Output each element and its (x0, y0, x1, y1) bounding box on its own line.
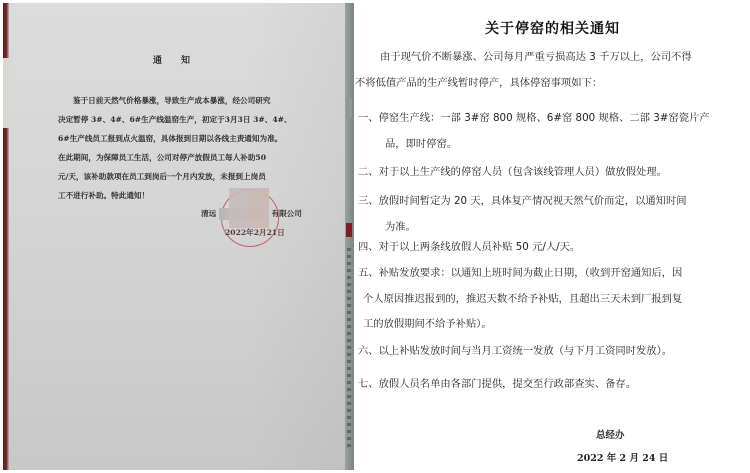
left-body-line: 元/天，该补助款项在员工到岗后一个月内发放，未报到上岗员 (58, 167, 306, 186)
left-body-line: 鉴于日前天然气价格暴涨，导致生产成本暴涨，经公司研究 (58, 91, 306, 110)
item-4: 四、对于以上两条线放假人员补贴 50 元/人/天。 (358, 238, 580, 253)
left-notice-photo: 通 知 鉴于日前天然气价格暴涨，导致生产成本暴涨，经公司研究 决定暂停 3#、4… (3, 3, 354, 470)
intro-line: 由于现气价不断暴涨、公司每月严重亏损高达 3 千万以上，公司不得 (380, 48, 692, 63)
intro-line: 不将低值产品的生产线暂时停产，具体停窑事项如下： (355, 74, 602, 89)
item-6: 六、以上补贴发放时间与当月工资统一发放（与下月工资同时发放）。 (358, 342, 672, 357)
item-1: 一、停窑生产线：一部 3#窑 800 规格、6#窑 800 规格、二部 3#窑瓷… (358, 109, 710, 124)
item-5-cont: 工的放假期间不给予补贴）。 (363, 315, 492, 330)
left-body-line: 决定暂停 3#、4#、6#生产线温窑生产，初定于3月3日 3#、4#、 (58, 110, 306, 129)
left-notice-date: 2022年2月21日 (225, 227, 285, 238)
item-1-cont: 品，即时停窑。 (385, 135, 457, 150)
notice-paper (9, 3, 348, 470)
photo-right-edge (345, 3, 354, 470)
right-notice-title: 关于停窑的相关通知 (355, 18, 750, 38)
left-notice-title: 通 知 (3, 53, 348, 66)
redaction-mosaic (229, 188, 269, 228)
right-notice-signature: 总经办 (596, 427, 625, 441)
item-3-cont: 为准。 (385, 218, 416, 233)
item-7: 七、放假人员名单由各部门提供，提交至行政部查实、备存。 (358, 375, 636, 390)
left-body-line: 6#生产线员工报到点火温窑，具体报到日期以各线主责通知为准。 (58, 129, 306, 148)
item-2: 二、对于以上生产线的停窑人员（包含该线管理人员）做放假处理。 (358, 163, 667, 178)
right-notice-date: 2022 年 2 月 24 日 (577, 450, 668, 464)
item-3: 三、放假时间暂定为 20 天，具体复产情况视天然气价而定，以通知时间 (358, 192, 687, 207)
item-5-cont: 个人原因推迟报到的，推迟天数不给予补贴，且超出三天未到厂报到复 (363, 290, 682, 305)
item-5: 五、补贴发放要求：以通知上班时间为截止日期，（收到开窑通知后，因 (358, 264, 682, 279)
signature-suffix: 有限公司 (272, 209, 302, 218)
signature-prefix: 清远 (201, 209, 216, 218)
left-body-line: 在此期间，为保障员工生活，公司对停产放假员工每人补助50 (58, 148, 306, 167)
right-notice-document: 关于停窑的相关通知 由于现气价不断暴涨、公司每月严重亏损高达 3 千万以上，公司… (355, 0, 750, 473)
